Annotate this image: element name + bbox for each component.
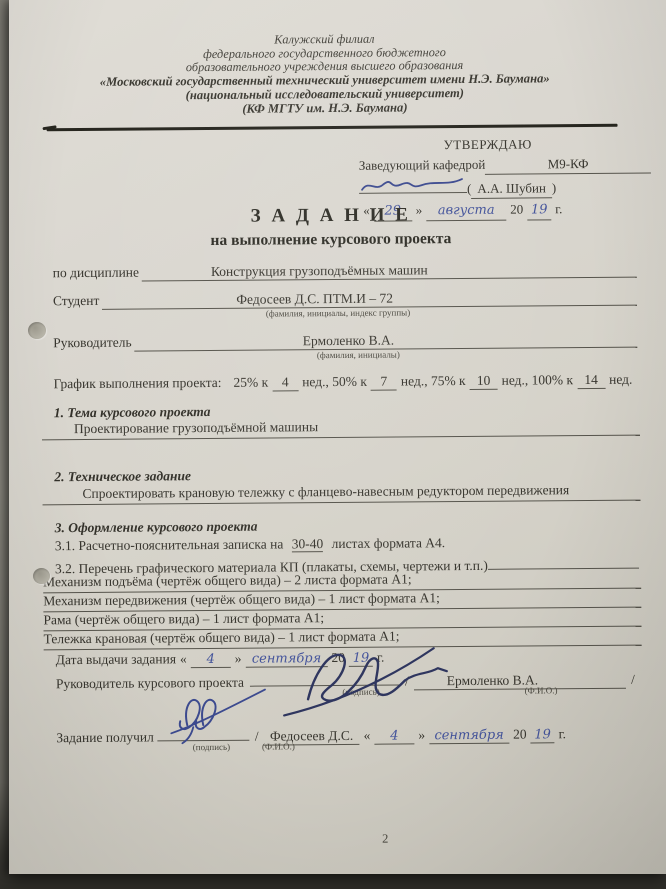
supervisor-label: Руководитель bbox=[53, 335, 135, 352]
university-header: Калужский филиал федерального государств… bbox=[6, 31, 644, 118]
document-title: З А Д А Н И Е bbox=[7, 203, 654, 230]
schedule-text: нед., 50% к bbox=[302, 374, 367, 391]
fio-caption: (Ф.И.О.) bbox=[481, 685, 601, 696]
hole-punch bbox=[33, 568, 50, 584]
document-subtitle: на выполнение курсового проекта bbox=[7, 229, 654, 252]
section1-title: 1. Тема курсового проекта bbox=[54, 404, 211, 421]
task-received-label: Задание получил bbox=[56, 729, 158, 746]
photo-of-document: { "page": { "number": "2" }, "colors": {… bbox=[0, 0, 666, 889]
year-suffix: г. bbox=[559, 726, 567, 742]
document-content: Калужский филиал федерального государств… bbox=[6, 0, 666, 877]
quote-close: » bbox=[418, 727, 425, 743]
supervisor-caption: (фамилия, инициалы) bbox=[208, 349, 508, 361]
section3-title: 3. Оформление курсового проекта bbox=[55, 519, 258, 537]
received-year-handwritten: 19 bbox=[531, 727, 555, 743]
schedule-week-value: 4 bbox=[272, 374, 298, 391]
schedule-week-value: 10 bbox=[470, 373, 498, 390]
issue-date-label: Дата выдачи задания bbox=[56, 651, 176, 668]
signature-fedoseev bbox=[151, 685, 271, 746]
student-label: Студент bbox=[53, 293, 103, 309]
supervisor-value: Ермоленко В.А. bbox=[135, 331, 638, 352]
section3-1-row: 3.1. Расчетно-пояснительная записка на 3… bbox=[55, 534, 639, 555]
separator-slash: / bbox=[631, 672, 635, 688]
quote-close: » bbox=[235, 651, 242, 667]
approver-signature-line bbox=[359, 176, 467, 194]
received-month-handwritten: сентября bbox=[429, 728, 509, 745]
schedule-text: 25% к bbox=[233, 375, 268, 391]
schedule-row: График выполнения проекта: 25% к 4 нед.,… bbox=[54, 372, 638, 394]
hole-punch bbox=[28, 322, 46, 339]
quote-open: « bbox=[364, 728, 371, 744]
approval-title: УТВЕРЖДАЮ bbox=[359, 135, 651, 155]
schedule-text: нед., 100% к bbox=[502, 372, 574, 389]
signature-ermolenko bbox=[266, 640, 467, 722]
section3-1-pages: 30-40 bbox=[292, 536, 324, 552]
section3-2-blank bbox=[488, 552, 639, 570]
section3-1-prefix: 3.1. Расчетно-пояснительная записка на bbox=[55, 536, 284, 553]
task-received-row: Задание получил / Федосеев Д.С. « 4 » се… bbox=[56, 721, 640, 748]
student-value: Федосеев Д.С. ПТМ.И – 72 bbox=[102, 289, 637, 310]
section2-value: Спроектировать крановую тележку с фланце… bbox=[42, 482, 640, 506]
discipline-label: по дисциплине bbox=[53, 265, 142, 282]
section1-value: Проектирование грузоподъёмной машины bbox=[42, 417, 640, 441]
discipline-value: Конструкция грузоподъёмных машин bbox=[142, 261, 637, 282]
schedule-week-value: 7 bbox=[371, 374, 397, 391]
signature-shubin bbox=[359, 171, 465, 198]
section3-1-suffix: листах формата А4. bbox=[332, 535, 446, 551]
page-number: 2 bbox=[382, 832, 388, 847]
discipline-row: по дисциплине Конструкция грузоподъёмных… bbox=[53, 261, 637, 283]
schedule-text: нед. bbox=[609, 372, 632, 388]
year-prefix: 20 bbox=[513, 727, 527, 743]
schedule-label: График выполнения проекта: bbox=[54, 375, 230, 392]
department-field: М9-КФ bbox=[485, 155, 651, 175]
document-sheet: Калужский филиал федерального государств… bbox=[9, 0, 666, 874]
student-caption: (фамилия, инициалы, индекс группы) bbox=[158, 307, 518, 320]
issue-day-handwritten: 4 bbox=[191, 652, 231, 668]
approver-name: А.А. Шубин bbox=[471, 179, 552, 199]
quote-open: « bbox=[180, 651, 187, 667]
section2-title: 2. Техническое задание bbox=[54, 468, 191, 485]
schedule-week-value: 14 bbox=[577, 372, 605, 389]
schedule-text: нед., 75% к bbox=[401, 373, 466, 390]
paren-close: ) bbox=[552, 179, 556, 197]
header-divider-rule bbox=[47, 124, 618, 132]
received-day-handwritten: 4 bbox=[374, 728, 414, 744]
